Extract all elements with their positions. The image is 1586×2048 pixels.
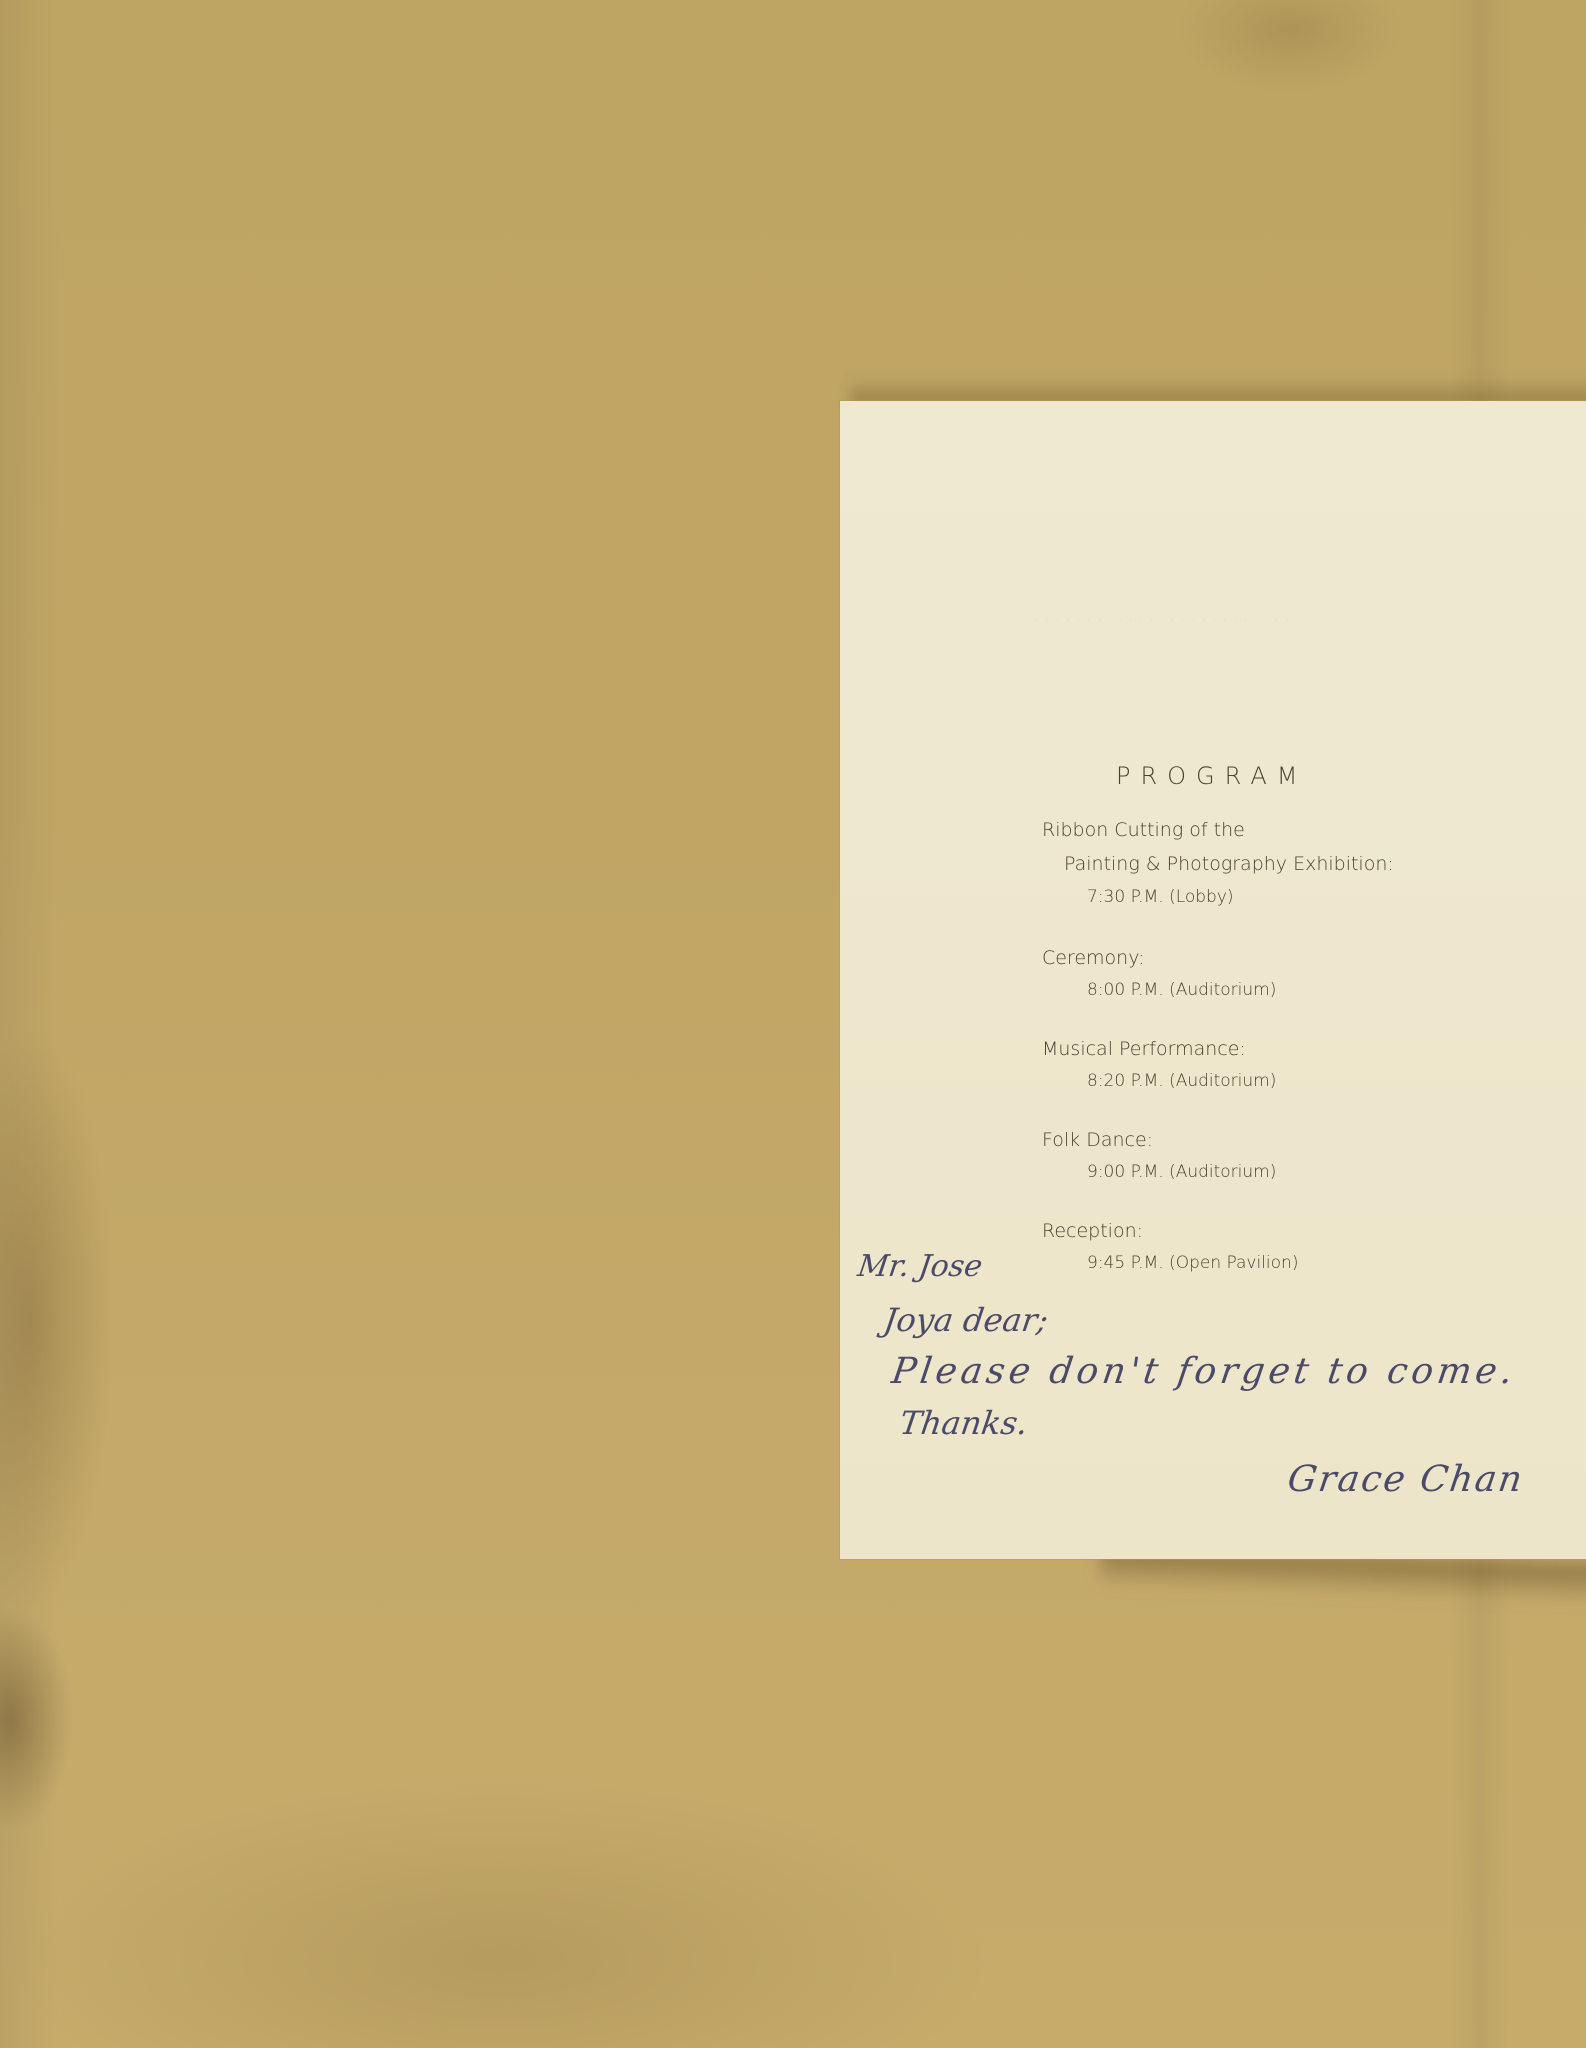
- bleed-through-text: · · · · · · · · · · · · · · · · · · · · …: [1025, 617, 1325, 623]
- program-item-time: 8:00 P.M. (Auditorium): [1087, 980, 1276, 1000]
- program-item-heading: Folk Dance:: [1042, 1129, 1153, 1151]
- program-item-heading: Reception:: [1042, 1220, 1143, 1242]
- handwritten-salutation: Joya dear;: [881, 1301, 1050, 1339]
- program-item-time: 7:30 P.M. (Lobby): [1087, 887, 1234, 907]
- program-card: · · · · · · · · · · · · · · · · · · · · …: [840, 401, 1586, 1559]
- program-item-time: 9:00 P.M. (Auditorium): [1087, 1162, 1276, 1182]
- program-item-heading: Ribbon Cutting of the: [1042, 819, 1245, 841]
- handwritten-salutation-name: Mr. Jose: [856, 1249, 985, 1284]
- program-item-heading: Musical Performance:: [1042, 1038, 1246, 1060]
- program-item-time: 8:20 P.M. (Auditorium): [1087, 1071, 1276, 1091]
- handwritten-thanks: Thanks.: [897, 1404, 1030, 1442]
- handwritten-signature: Grace Chan: [1285, 1459, 1526, 1500]
- program-title: PROGRAM: [1116, 762, 1307, 790]
- program-item-heading: Ceremony:: [1042, 947, 1144, 969]
- program-item-subheading: Painting & Photography Exhibition:: [1064, 853, 1394, 875]
- handwritten-message: Please don't forget to come.: [889, 1351, 1519, 1392]
- program-item-time: 9:45 P.M. (Open Pavilion): [1087, 1253, 1298, 1273]
